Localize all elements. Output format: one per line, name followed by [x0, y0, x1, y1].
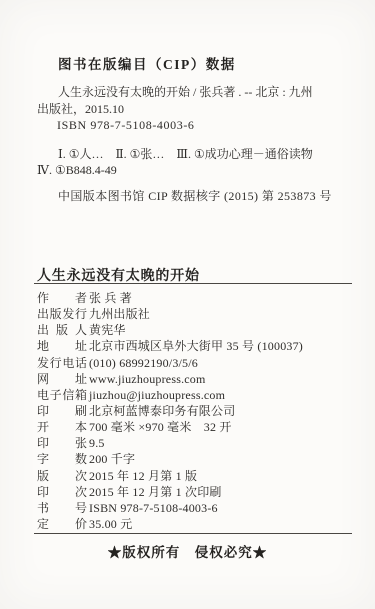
- table-row: 印次2015 年 12 月第 1 次印刷: [37, 484, 349, 500]
- row-value: 9.5: [89, 435, 105, 451]
- copyright-notice: ★版权所有 侵权必究★: [0, 541, 375, 561]
- table-row: 出版发行九州出版社: [37, 306, 349, 322]
- row-label: 书号: [37, 500, 87, 516]
- table-row: 书号ISBN 978-7-5108-4003-6: [37, 500, 349, 516]
- classification-line1: Ⅰ. ①人… Ⅱ. ①张… Ⅲ. ①成功心理－通俗读物: [37, 146, 349, 162]
- cip-record-number: 中国版本图书馆 CIP 数据核字 (2015) 第 253873 号: [58, 188, 332, 204]
- book-title: 人生永远没有太晚的开始: [37, 265, 200, 285]
- row-label: 网址: [37, 371, 87, 387]
- row-label: 印刷: [37, 403, 87, 419]
- cip-header: 图书在版编目（CIP）数据: [58, 53, 236, 73]
- row-label: 字数: [37, 451, 87, 467]
- row-label: 印张: [37, 435, 87, 451]
- divider-bottom: [34, 533, 352, 534]
- table-row: 字数200 千字: [37, 451, 349, 467]
- row-label: 印次: [37, 484, 87, 500]
- row-value: 张 兵 著: [89, 290, 132, 306]
- row-value: 北京柯蓝博泰印务有限公司: [89, 403, 235, 419]
- cip-description-line1: 人生永远没有太晚的开始 / 张兵著 . -- 北京 : 九州: [37, 84, 349, 101]
- row-label: 地址: [37, 338, 87, 354]
- table-row: 地址北京市西城区阜外大街甲 35 号 (100037): [37, 338, 349, 354]
- table-row: 发行电话(010) 68992190/3/5/6: [37, 355, 349, 371]
- row-value: ISBN 978-7-5108-4003-6: [89, 500, 218, 516]
- cip-description-line2: 出版社，2015.10: [37, 101, 349, 118]
- classification: Ⅰ. ①人… Ⅱ. ①张… Ⅲ. ①成功心理－通俗读物 Ⅳ. ①B848.4-4…: [37, 146, 349, 178]
- row-value: 700 毫米 ×970 毫米 32 开: [89, 419, 232, 435]
- isbn-line: ISBN 978-7-5108-4003-6: [57, 117, 195, 133]
- row-label: 出版发行: [37, 306, 87, 322]
- copyright-page: 图书在版编目（CIP）数据 人生永远没有太晚的开始 / 张兵著 . -- 北京 …: [0, 0, 375, 609]
- table-row: 印张9.5: [37, 435, 349, 451]
- row-label: 发行电话: [37, 355, 87, 371]
- table-row: 网址www.jiuzhoupress.com: [37, 371, 349, 387]
- table-row: 定价35.00 元: [37, 516, 349, 532]
- table-row: 开本700 毫米 ×970 毫米 32 开: [37, 419, 349, 435]
- divider-top: [34, 283, 352, 284]
- row-label: 版次: [37, 468, 87, 484]
- table-row: 印刷北京柯蓝博泰印务有限公司: [37, 403, 349, 419]
- row-label: 开本: [37, 419, 87, 435]
- row-label: 电子信箱: [37, 387, 87, 403]
- row-value: (010) 68992190/3/5/6: [89, 355, 198, 371]
- table-row: 出版人黄宪华: [37, 322, 349, 338]
- classification-line2: Ⅳ. ①B848.4-49: [37, 162, 349, 178]
- row-label: 出版人: [37, 322, 87, 338]
- table-row: 电子信箱jiuzhou@jiuzhoupress.com: [37, 387, 349, 403]
- row-value: jiuzhou@jiuzhoupress.com: [89, 387, 225, 403]
- row-value: www.jiuzhoupress.com: [89, 371, 206, 387]
- colophon-table: 作者张 兵 著出版发行九州出版社出版人黄宪华地址北京市西城区阜外大街甲 35 号…: [37, 290, 349, 532]
- row-value: 北京市西城区阜外大街甲 35 号 (100037): [89, 338, 303, 354]
- table-row: 作者张 兵 著: [37, 290, 349, 306]
- cip-description: 人生永远没有太晚的开始 / 张兵著 . -- 北京 : 九州 出版社，2015.…: [37, 84, 349, 118]
- row-value: 2015 年 12 月第 1 次印刷: [89, 484, 222, 500]
- table-row: 版次2015 年 12 月第 1 版: [37, 468, 349, 484]
- row-value: 35.00 元: [89, 516, 132, 532]
- row-value: 黄宪华: [89, 322, 126, 338]
- row-value: 200 千字: [89, 451, 135, 467]
- row-value: 2015 年 12 月第 1 版: [89, 468, 197, 484]
- row-label: 作者: [37, 290, 87, 306]
- row-label: 定价: [37, 516, 87, 532]
- row-value: 九州出版社: [89, 306, 150, 322]
